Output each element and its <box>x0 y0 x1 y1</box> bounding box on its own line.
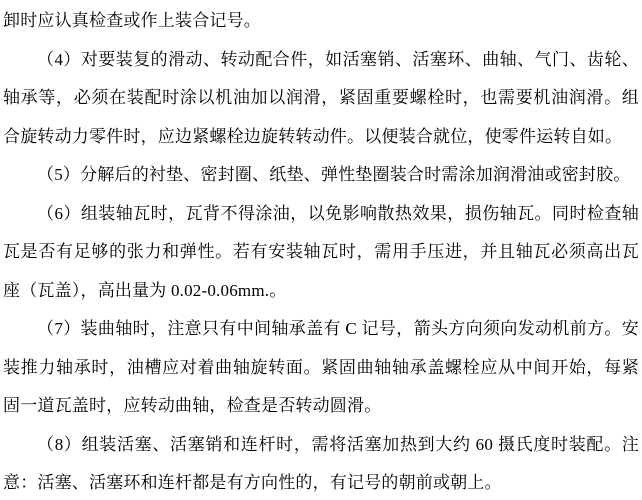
paragraph-item-4: （4）对要装复的滑动、转动配合件，如活塞销、活塞环、曲轴、气门、齿轮、轴承等，必… <box>3 41 639 157</box>
paragraph-item-6: （6）组装轴瓦时，瓦背不得涂油，以免影响散热效果，损伤轴瓦。同时检查轴瓦是否有足… <box>3 195 639 311</box>
document-page: 卸时应认真检查或作上装合记号。 （4）对要装复的滑动、转动配合件，如活塞销、活塞… <box>0 0 642 500</box>
paragraph-item-8: （8）组装活塞、活塞销和连杆时，需将活塞加热到大约 60 摄氏度时装配。注意：活… <box>3 426 639 500</box>
paragraph-item-7: （7）装曲轴时，注意只有中间轴承盖有 C 记号，箭头方向须向发动机前方。安装推力… <box>3 310 639 426</box>
paragraph-continuation: 卸时应认真检查或作上装合记号。 <box>3 2 639 41</box>
paragraph-item-5: （5）分解后的衬垫、密封圈、纸垫、弹性垫圈装合时需涂加润滑油或密封胶。 <box>3 156 639 195</box>
